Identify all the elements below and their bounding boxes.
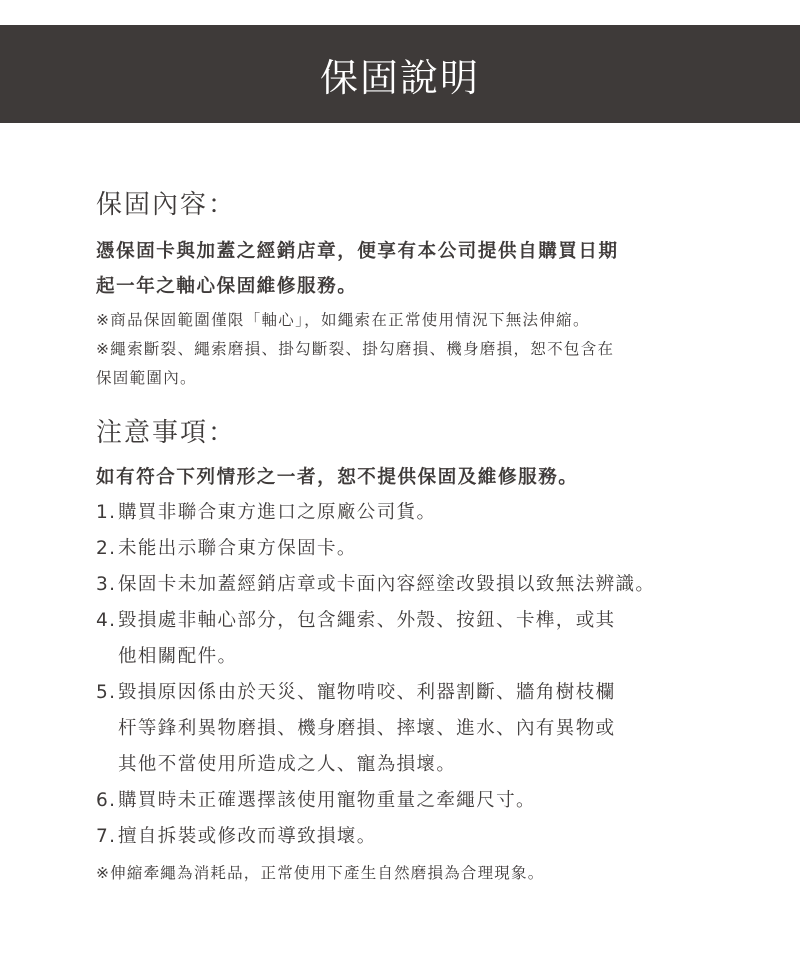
warranty-lead-line-1: 憑保固卡與加蓋之經銷店章，便享有本公司提供自購買日期 [96,234,736,269]
warranty-note-2: ※繩索斷裂、繩索磨損、掛勾斷裂、掛勾磨損、機身磨損，恕不包含在 [96,335,736,364]
warranty-note-1: ※商品保固範圍僅限「軸心」，如繩索在正常使用情況下無法伸縮。 [96,306,736,335]
item-text: 其他不當使用所造成之人、寵為損壞。 [118,747,736,783]
item-number: 3. [96,567,118,603]
item-number: 7. [96,819,118,855]
item-text: 杆等鋒利異物磨損、機身磨損、摔壞、進水、內有異物或 [118,711,736,747]
warranty-section: 保固內容： 憑保固卡與加蓋之經銷店章，便享有本公司提供自購買日期 起一年之軸心保… [96,188,736,393]
precaution-item-7: 7. 擅自拆裝或修改而導致損壞。 [96,819,736,855]
item-number: 1. [96,495,118,531]
warranty-heading: 保固內容： [96,188,736,222]
item-number: 4. [96,603,118,675]
item-number: 5. [96,675,118,783]
item-text: 保固卡未加蓋經銷店章或卡面內容經塗改毀損以致無法辨識。 [118,574,655,595]
precaution-item-6: 6. 購買時未正確選擇該使用寵物重量之牽繩尺寸。 [96,783,736,819]
item-text: 購買時未正確選擇該使用寵物重量之牽繩尺寸。 [118,790,536,811]
item-text: 毀損原因係由於天災、寵物啃咬、利器割斷、牆角樹枝欄 [118,675,736,711]
precaution-item-4: 4. 毀損處非軸心部分，包含繩索、外殼、按鈕、卡榫，或其 他相關配件。 [96,603,736,675]
warranty-note-2-cont: 保固範圍內。 [96,364,736,393]
precautions-heading: 注意事項： [96,416,736,450]
precautions-footnote: ※伸縮牽繩為消耗品，正常使用下產生自然磨損為合理現象。 [96,859,736,887]
item-text: 購買非聯合東方進口之原廠公司貨。 [118,502,436,523]
item-text: 毀損處非軸心部分，包含繩索、外殼、按鈕、卡榫，或其 [118,603,736,639]
title-banner: 保固說明 [0,25,800,123]
item-number: 2. [96,531,118,567]
warranty-lead-line-2: 起一年之軸心保固維修服務。 [96,269,736,304]
item-text: 擅自拆裝或修改而導致損壞。 [118,826,377,847]
item-text: 他相關配件。 [118,639,736,675]
precaution-item-5: 5. 毀損原因係由於天災、寵物啃咬、利器割斷、牆角樹枝欄 杆等鋒利異物磨損、機身… [96,675,736,783]
precautions-lead: 如有符合下列情形之一者，恕不提供保固及維修服務。 [96,460,736,495]
item-number: 6. [96,783,118,819]
page-title: 保固說明 [320,47,480,102]
precaution-item-3: 3. 保固卡未加蓋經銷店章或卡面內容經塗改毀損以致無法辨識。 [96,567,736,603]
precautions-section: 注意事項： 如有符合下列情形之一者，恕不提供保固及維修服務。 1. 購買非聯合東… [96,416,736,887]
precaution-item-1: 1. 購買非聯合東方進口之原廠公司貨。 [96,495,736,531]
item-text: 未能出示聯合東方保固卡。 [118,538,357,559]
precaution-item-2: 2. 未能出示聯合東方保固卡。 [96,531,736,567]
